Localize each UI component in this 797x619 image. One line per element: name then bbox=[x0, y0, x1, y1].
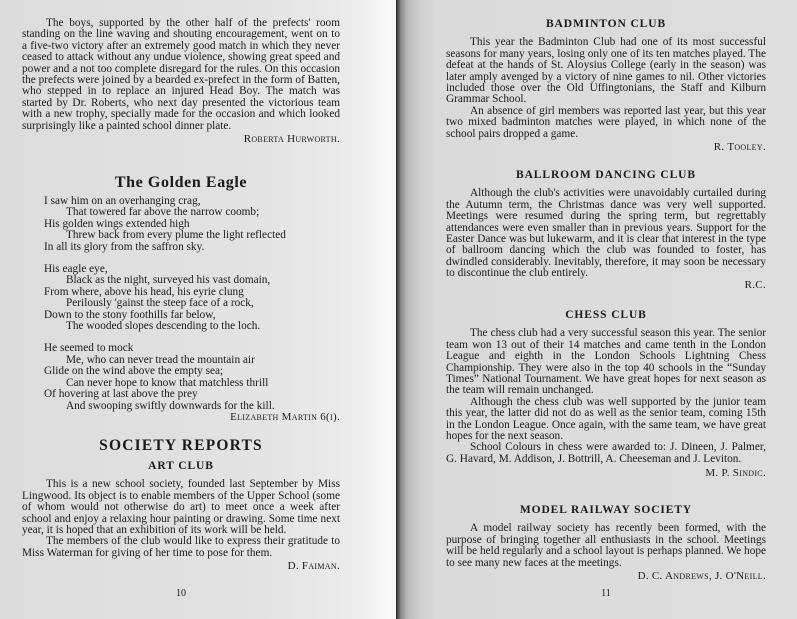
section-title: SOCIETY REPORTS bbox=[22, 437, 340, 455]
chess-club-paragraph-2: Although the chess club was well support… bbox=[446, 397, 766, 443]
art-club-paragraph-1: This is a new school society, founded la… bbox=[22, 479, 340, 536]
badminton-club-author: R. Tooley. bbox=[446, 142, 766, 153]
poem-stanza-2: His eagle eye, Black as the night, surve… bbox=[22, 264, 340, 332]
football-report: The boys, supported by the other half of… bbox=[22, 18, 340, 145]
ballroom-dancing-club-paragraph: Although the club's activities were unav… bbox=[446, 188, 766, 279]
football-report-author: Roberta Hurworth. bbox=[22, 134, 340, 145]
poem-line: Perilously 'gainst the steep face of a r… bbox=[22, 298, 340, 309]
page-11: BADMINTON CLUB This year the Badminton C… bbox=[397, 0, 797, 619]
poem-stanza-1: I saw him on an overhanging crag, That t… bbox=[22, 196, 340, 253]
magazine-spread: The boys, supported by the other half of… bbox=[0, 0, 797, 619]
chess-club-report: CHESS CLUB The chess club had a very suc… bbox=[446, 310, 766, 480]
ballroom-dancing-club-report: BALLROOM DANCING CLUB Although the club'… bbox=[446, 170, 766, 291]
poem-stanza-3: He seemed to mock Me, who can never trea… bbox=[22, 343, 340, 411]
chess-club-paragraph-1: The chess club had a very successful sea… bbox=[446, 328, 766, 396]
badminton-club-paragraph-2: An absence of girl members was reported … bbox=[446, 106, 766, 140]
badminton-club-title: BADMINTON CLUB bbox=[446, 19, 766, 30]
poem-line: The wooded slopes descending to the loch… bbox=[22, 321, 340, 332]
society-reports-heading: SOCIETY REPORTS bbox=[22, 437, 340, 455]
ballroom-dancing-club-author: R.C. bbox=[446, 280, 766, 291]
poem-line: Of hovering at last above the prey bbox=[22, 389, 340, 400]
poem-body: I saw him on an overhanging crag, That t… bbox=[22, 196, 340, 423]
chess-club-author: M. P. Sindic. bbox=[446, 468, 766, 479]
poem-author: Elizabeth Martin 6(i). bbox=[22, 412, 340, 423]
poem-line: In all its glory from the saffron sky. bbox=[22, 242, 340, 253]
model-railway-society-authors: D. C. Andrews, J. O'Neill. bbox=[446, 571, 766, 582]
chess-club-paragraph-3: School Colours in chess were awarded to:… bbox=[446, 442, 766, 465]
art-club-paragraph-2: The members of the club would like to ex… bbox=[22, 536, 340, 559]
page-10: The boys, supported by the other half of… bbox=[0, 0, 397, 619]
model-railway-society-title: MODEL RAILWAY SOCIETY bbox=[446, 505, 766, 516]
chess-club-title: CHESS CLUB bbox=[446, 310, 766, 321]
model-railway-society-report: MODEL RAILWAY SOCIETY A model railway so… bbox=[446, 505, 766, 582]
football-report-paragraph: The boys, supported by the other half of… bbox=[22, 18, 340, 132]
poem-title: The Golden Eagle bbox=[22, 174, 340, 192]
badminton-club-report: BADMINTON CLUB This year the Badminton C… bbox=[446, 19, 766, 153]
ballroom-dancing-club-title: BALLROOM DANCING CLUB bbox=[446, 170, 766, 181]
poem: The Golden Eagle bbox=[22, 174, 340, 192]
poem-line: Glide on the wind above the empty sea; bbox=[22, 366, 340, 377]
page-number-10: 10 bbox=[22, 588, 340, 599]
art-club-title: ART CLUB bbox=[22, 461, 340, 472]
page-number-11: 11 bbox=[446, 588, 766, 599]
poem-line: Threw back from every plume the light re… bbox=[22, 230, 340, 241]
art-club-report: ART CLUB This is a new school society, f… bbox=[22, 461, 340, 573]
model-railway-society-paragraph: A model railway society has recently bee… bbox=[446, 523, 766, 569]
art-club-author: D. Faiman. bbox=[22, 561, 340, 572]
badminton-club-paragraph-1: This year the Badminton Club had one of … bbox=[446, 37, 766, 105]
